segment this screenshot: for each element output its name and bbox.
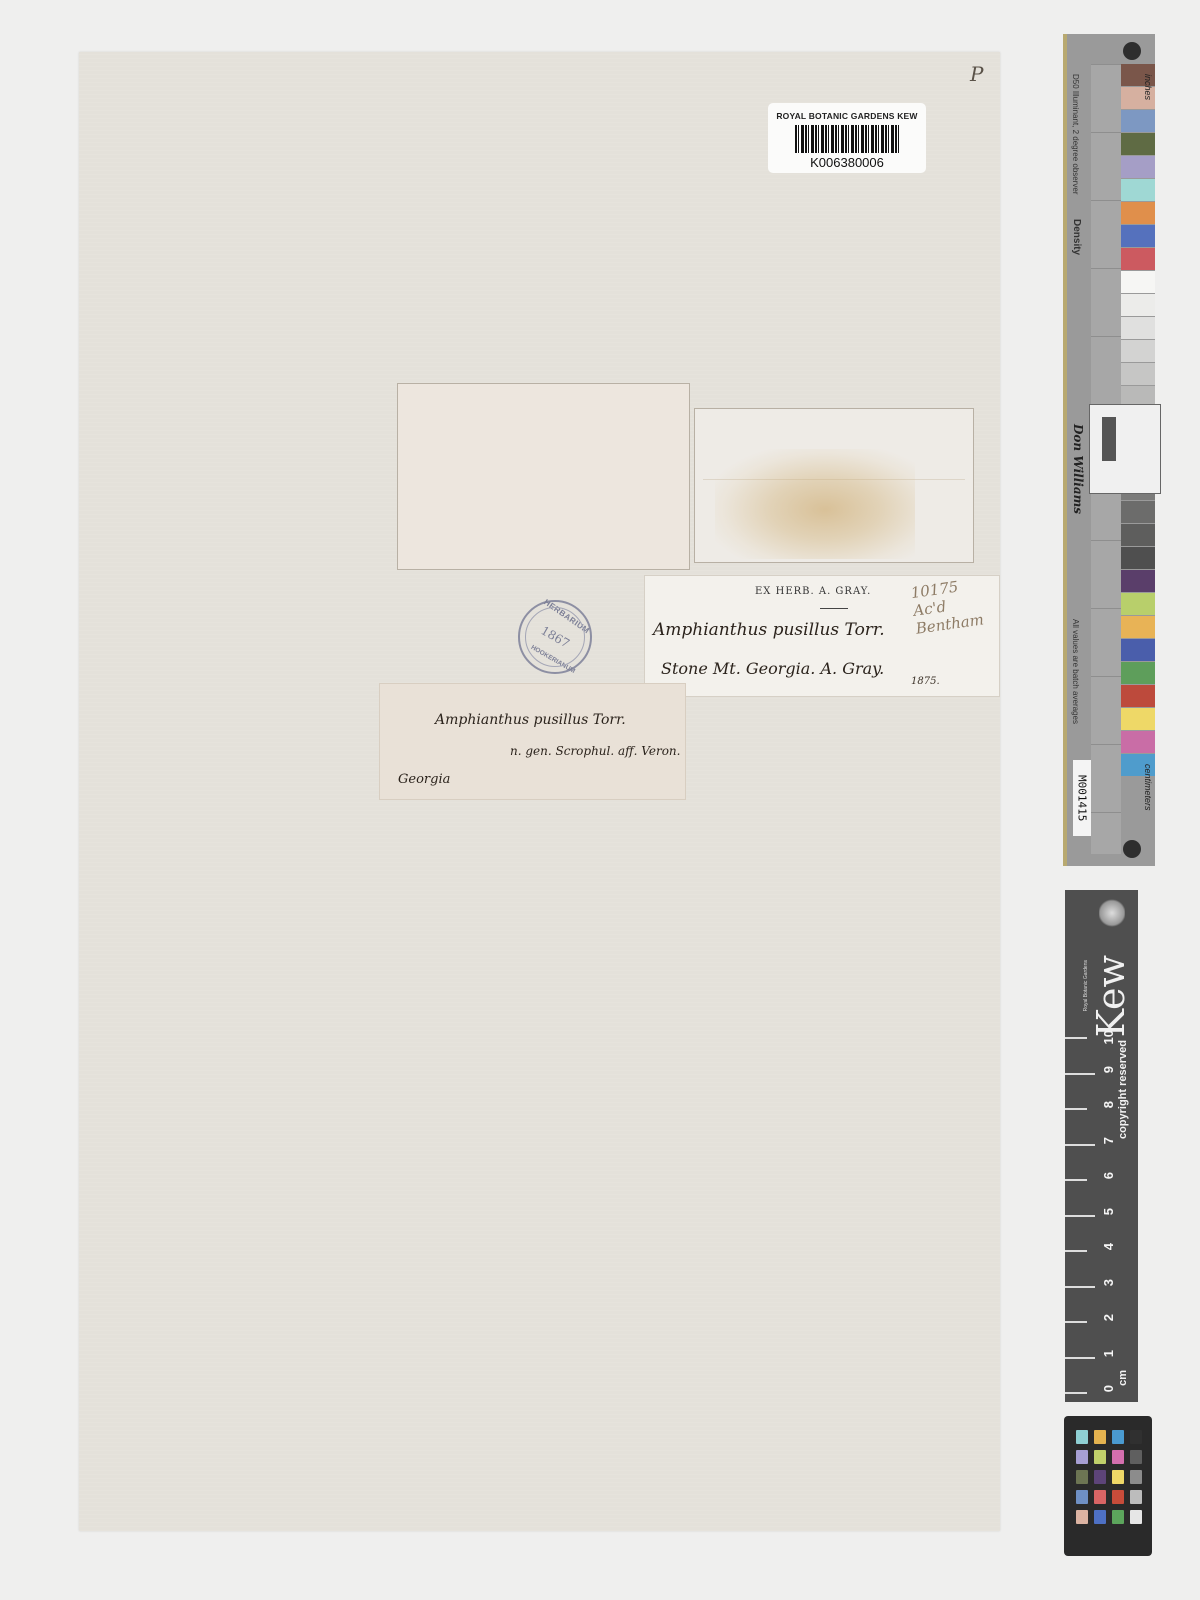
species-name: Amphianthus pusillus Torr. — [653, 620, 885, 640]
color-checker-cell — [1076, 1470, 1088, 1484]
color-checker-cell — [1112, 1450, 1124, 1464]
color-checker-cell — [1076, 1450, 1088, 1464]
ruler-number: 0 — [1101, 1385, 1116, 1392]
color-checker-cell — [1130, 1430, 1142, 1444]
herbarium-hookerianum-stamp: HERBARIUM 1867 HOOKERIANUM — [518, 600, 592, 674]
barcode-number: K006380006 — [810, 155, 884, 170]
ruler-number: 9 — [1101, 1066, 1116, 1073]
color-swatch — [1121, 110, 1155, 132]
kew-scale-ruler: Kew Royal Botanic Gardens 109876543210 c… — [1065, 890, 1138, 1402]
color-swatch — [1121, 685, 1155, 707]
ruler-block — [1065, 1144, 1095, 1182]
color-swatch — [1121, 363, 1155, 385]
ruler-number: 5 — [1101, 1208, 1116, 1215]
color-checker-cell — [1112, 1470, 1124, 1484]
color-swatch — [1121, 593, 1155, 615]
color-swatch — [1121, 294, 1155, 316]
ruler-block — [1065, 1037, 1087, 1075]
color-swatch — [1121, 133, 1155, 155]
label-header: EX HERB. A. GRAY. — [755, 586, 871, 597]
strip-id: M001415 — [1073, 760, 1091, 836]
color-swatch — [1121, 340, 1155, 362]
ruler-number: 2 — [1101, 1314, 1116, 1321]
label-rule — [820, 608, 848, 609]
cm-label: cm — [1117, 1370, 1129, 1386]
ruler-number: 6 — [1101, 1172, 1116, 1179]
color-swatch — [1121, 708, 1155, 730]
ruler-block — [1065, 1286, 1095, 1324]
color-swatch — [1121, 616, 1155, 638]
color-swatch — [1121, 524, 1155, 546]
copyright-text: copyright reserved — [1117, 1040, 1129, 1139]
color-swatch — [1121, 547, 1155, 569]
barcode-title: ROYAL BOTANIC GARDENS KEW — [776, 111, 917, 121]
barcode-label: ROYAL BOTANIC GARDENS KEW K006380006 — [768, 103, 926, 173]
color-checker-cell — [1076, 1430, 1088, 1444]
color-swatch — [1121, 225, 1155, 247]
folder-mark: P — [970, 62, 983, 86]
color-swatch — [1121, 156, 1155, 178]
color-checker-cell — [1094, 1490, 1106, 1504]
density-label: Density — [1071, 219, 1082, 255]
color-checker-cell — [1094, 1510, 1106, 1524]
color-checker-cell — [1112, 1430, 1124, 1444]
accession-source: Ac'd Bentham — [912, 597, 985, 637]
color-checker-cell — [1094, 1470, 1106, 1484]
color-checker-cell — [1112, 1490, 1124, 1504]
ruler-number: 10 — [1101, 1030, 1116, 1044]
density-insert — [1089, 404, 1161, 494]
ruler-blocks — [1065, 1037, 1095, 1402]
color-checker-cell — [1076, 1490, 1088, 1504]
gray-herbarium-label: EX HERB. A. GRAY. 10175 Ac'd Bentham Amp… — [644, 575, 1000, 697]
ruler-number: 7 — [1101, 1137, 1116, 1144]
specimen-envelope-right — [694, 408, 974, 563]
color-swatch — [1121, 501, 1155, 523]
color-swatch — [1121, 317, 1155, 339]
locality: Stone Mt. Georgia. A. Gray. — [661, 659, 884, 678]
color-checker-cell — [1130, 1490, 1142, 1504]
ruler-block — [1065, 1250, 1087, 1288]
color-swatch — [1121, 202, 1155, 224]
color-swatch — [1121, 639, 1155, 661]
color-checker-grid — [1076, 1430, 1142, 1524]
color-swatch — [1121, 179, 1155, 201]
hooker-note: n. gen. Scrophul. aff. Veron. — [510, 744, 680, 758]
color-checker-cell — [1130, 1470, 1142, 1484]
ruler-number: 1 — [1101, 1350, 1116, 1357]
collection-date: 1875. — [911, 676, 940, 687]
strip-hole-icon — [1123, 840, 1141, 858]
color-swatch — [1121, 662, 1155, 684]
color-swatch — [1121, 570, 1155, 592]
color-checker-cell — [1112, 1510, 1124, 1524]
strip-brand: Don Williams — [1071, 424, 1085, 514]
unit-centimeters: centimeters — [1143, 764, 1153, 811]
color-swatch — [1121, 248, 1155, 270]
ruler-number: 8 — [1101, 1101, 1116, 1108]
ruler-block — [1065, 1215, 1095, 1253]
color-checker-cell — [1094, 1430, 1106, 1444]
color-checker-card — [1064, 1416, 1152, 1556]
seed-stain — [715, 449, 915, 559]
stamp-year: 1867 — [538, 623, 571, 650]
color-checker-cell — [1076, 1510, 1088, 1524]
kew-logo: Kew — [1092, 955, 1130, 1037]
specimen-envelope-left — [397, 383, 690, 570]
ruler-block — [1065, 1073, 1095, 1111]
ruler-block — [1065, 1108, 1087, 1146]
illuminant-text: D50 Illuminant, 2 degree observer — [1071, 74, 1080, 195]
kew-crest-icon — [1099, 898, 1125, 928]
color-checker-cell — [1130, 1450, 1142, 1464]
ruler-block — [1065, 1179, 1087, 1217]
batch-text: All values are batch averages — [1071, 619, 1080, 724]
color-checker-cell — [1130, 1510, 1142, 1524]
ruler-number: 3 — [1101, 1279, 1116, 1286]
hooker-label: Amphianthus pusillus Torr. n. gen. Scrop… — [379, 683, 686, 800]
color-swatch — [1121, 271, 1155, 293]
ruler-number: 4 — [1101, 1243, 1116, 1250]
ruler-block — [1065, 1357, 1095, 1395]
color-checker-cell — [1094, 1450, 1106, 1464]
color-calibration-strip: D50 Illuminant, 2 degree observer Densit… — [1063, 34, 1155, 866]
strip-hole-icon — [1123, 42, 1141, 60]
hooker-locality: Georgia — [398, 772, 450, 787]
barcode-icon — [795, 125, 899, 153]
kew-subtitle: Royal Botanic Gardens — [1083, 960, 1089, 1011]
ruler-block — [1065, 1321, 1087, 1359]
color-swatch — [1121, 731, 1155, 753]
hooker-species: Amphianthus pusillus Torr. — [435, 712, 626, 728]
accession-note: 10175 Ac'd Bentham — [910, 572, 1003, 637]
unit-inches: inches — [1143, 74, 1153, 100]
